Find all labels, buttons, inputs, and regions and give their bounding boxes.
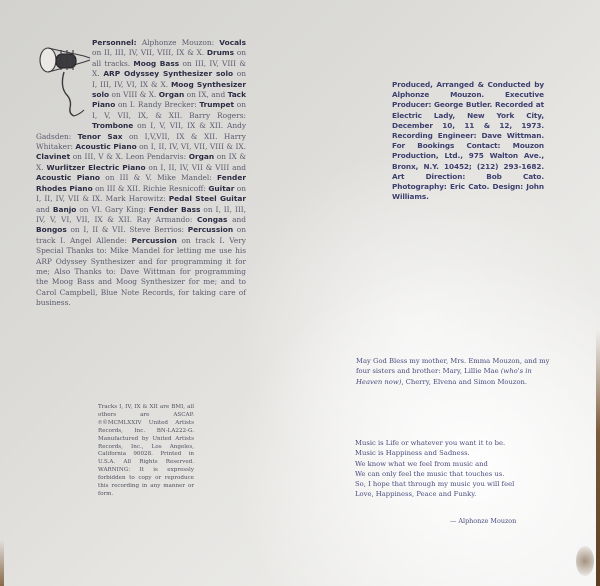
sleeve-edge-wear-left — [0, 540, 4, 586]
signature: — Alphonze Mouzon — [450, 517, 516, 525]
instrument-name: Bongos — [36, 225, 67, 234]
poem-line: We can only feel the music that touches … — [355, 469, 575, 479]
personnel-run: on III & XII. Richie Resnicoff: — [93, 184, 209, 193]
personnel-run: on III & V. Mike Mandel: — [100, 173, 217, 182]
personnel-run: on III, V & X. Leon Pendarvis: — [70, 152, 189, 161]
personnel-run: on I, II & VII. Steve Berrios: — [67, 225, 188, 234]
album-back-cover: Personnel: Alphonze Mouzon: Vocals on II… — [0, 0, 600, 586]
instrument-name: Vocals — [219, 38, 246, 47]
instrument-name: Clavinet — [36, 152, 70, 161]
personnel-run: and — [227, 215, 246, 224]
instrument-name: Wurlitzer Electric Piano — [46, 163, 145, 172]
instrument-name: Tenor Sax — [78, 132, 123, 141]
instrument-name: Congas — [197, 215, 227, 224]
legal-notice: Tracks I, IV, IX & XII are BMI, all othe… — [98, 404, 194, 499]
poem-line: We know what we feel from music and — [355, 459, 575, 469]
instrument-name: Guitar — [208, 184, 234, 193]
personnel-run: on I, II, IV, VI, VII, VIII & IX. — [137, 142, 246, 151]
sleeve-stain — [576, 546, 594, 576]
personnel-run: Alphonze Mouzon: — [142, 38, 219, 47]
instrument-name: Banjo — [53, 205, 77, 214]
instrument-name: Acoustic Piano — [36, 173, 100, 182]
instrument-name: Percussion — [188, 225, 233, 234]
poem-line: Music is Life or whatever you want it to… — [355, 438, 575, 448]
production-credits: Produced, Arranged & Conducted by Alphon… — [392, 80, 544, 202]
instrument-name: Trumpet — [199, 100, 234, 109]
instrument-name: Percussion — [132, 236, 177, 245]
poem-line: Love, Happiness, Peace and Funky. — [355, 489, 575, 499]
illustration-wrap — [36, 38, 92, 124]
instrument-name: ARP Odyssey Synthesizer solo — [103, 69, 233, 78]
instrument-name: Fender Bass — [149, 205, 201, 214]
personnel-run: on II, III, IV, VII, VIII, IX & X. — [92, 48, 207, 57]
instrument-name: Organ — [159, 90, 184, 99]
instrument-name: Drums — [207, 48, 234, 57]
poem: Music is Life or whatever you want it to… — [355, 438, 575, 500]
personnel-credits: Personnel: Alphonze Mouzon: Vocals on II… — [36, 38, 246, 309]
instrument-name: Organ — [189, 152, 214, 161]
personnel-label: Personnel: — [92, 38, 137, 47]
personnel-run: on I. Randy Brecker: — [115, 100, 199, 109]
instrument-name: Pedal Steel Guitar — [169, 194, 246, 203]
sleeve-edge-wear — [596, 330, 600, 586]
dedication-end: , Cherry, Elvena and Simon Mouzon. — [401, 378, 527, 386]
personnel-run: on track I. Very Special Thanks to: Mike… — [36, 236, 246, 307]
dedication-text: May God Bless my mother, Mrs. Emma Mouzo… — [356, 356, 556, 387]
poem-line: So, I hope that through my music you wil… — [355, 479, 575, 489]
personnel-run: on I, II, IV, VII & VIII and — [146, 163, 246, 172]
personnel-run: on VI. Gary King: — [76, 205, 148, 214]
personnel-run: and — [36, 205, 53, 214]
personnel-run: on IX, and — [184, 90, 227, 99]
poem-line: Music is Happiness and Sadness. — [355, 448, 575, 458]
instrument-name: Moog Bass — [133, 59, 179, 68]
instrument-name: Acoustic Piano — [75, 142, 136, 151]
personnel-run: on VIII & X. — [109, 90, 159, 99]
instrument-name: Trombone — [92, 121, 133, 130]
trumpet-illustration-icon — [36, 38, 92, 124]
